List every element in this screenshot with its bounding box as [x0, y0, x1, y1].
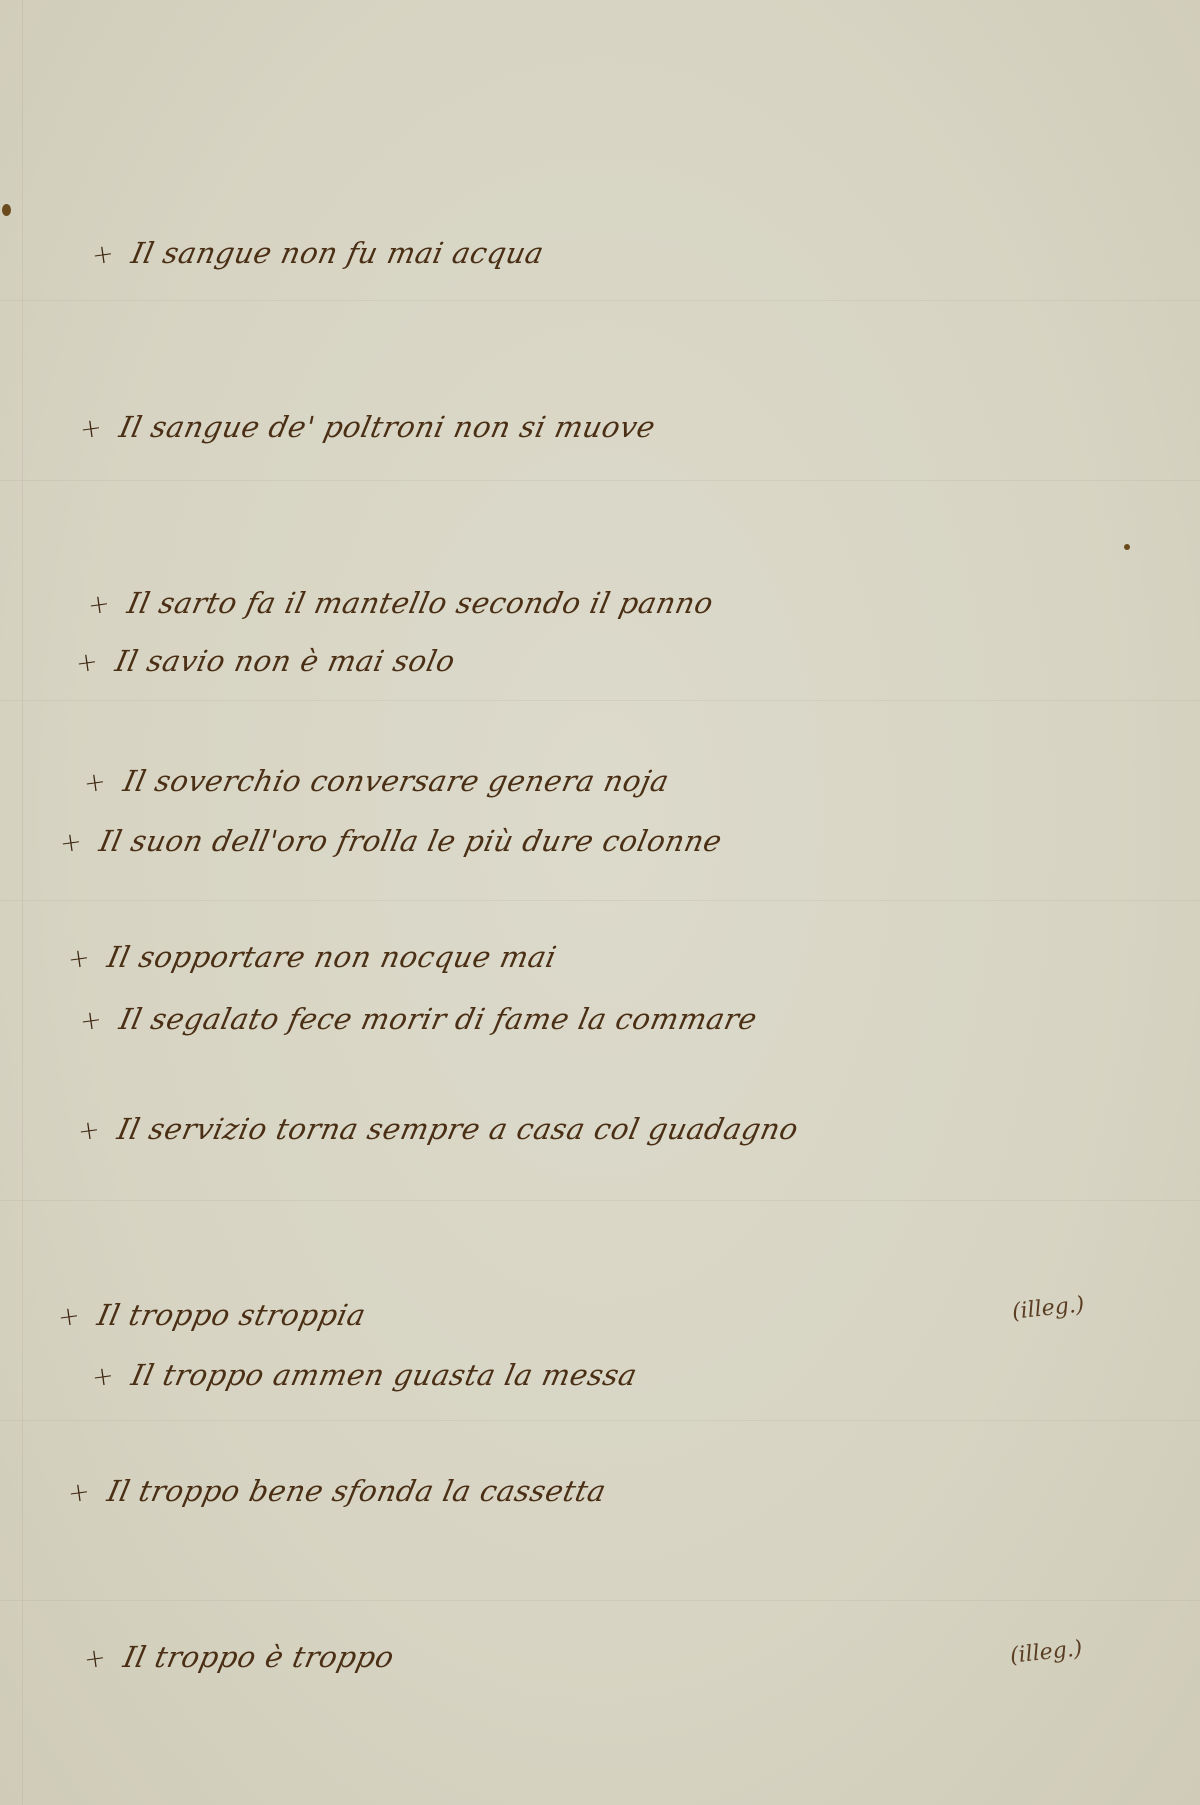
- proverb-text: Il sangue de' poltroni non si muove: [116, 410, 658, 444]
- proverb-line: + Il suon dell'oro frolla le più dure co…: [60, 824, 721, 858]
- cross-mark-icon: +: [56, 1301, 82, 1334]
- cross-mark-icon: +: [66, 943, 92, 976]
- ink-dot: [1124, 544, 1130, 550]
- proverb-line: + Il sarto fa il mantello secondo il pan…: [88, 586, 713, 620]
- proverb-line: + Il sangue de' poltroni non si muove: [80, 410, 655, 444]
- ruled-line: [0, 300, 1200, 301]
- cross-mark-icon: +: [58, 827, 84, 860]
- proverb-text: Il sangue non fu mai acqua: [128, 236, 547, 270]
- proverb-line: + Il segalato fece morir di fame la comm…: [80, 1002, 757, 1036]
- proverb-line: + Il soverchio conversare genera noja: [84, 764, 668, 798]
- proverb-text: Il troppo stroppia: [94, 1298, 369, 1332]
- cross-mark-icon: +: [86, 589, 112, 622]
- proverb-line: + Il troppo bene sfonda la cassetta: [68, 1474, 605, 1508]
- ink-blot: [2, 204, 11, 216]
- proverb-text: Il segalato fece morir di fame la commar…: [116, 1002, 760, 1036]
- proverb-text: Il sarto fa il mantello secondo il panno: [124, 586, 716, 620]
- cross-mark-icon: +: [90, 1361, 116, 1394]
- ruled-line: [0, 700, 1200, 701]
- proverb-text: Il savio non è mai solo: [112, 644, 458, 678]
- proverb-line: + Il troppo ammen guasta la messa: [92, 1358, 636, 1392]
- margin-annotation: (illeg.): [1011, 1292, 1086, 1324]
- proverb-text: Il troppo bene sfonda la cassetta: [104, 1474, 609, 1508]
- ruled-line: [0, 1600, 1200, 1601]
- cross-mark-icon: +: [78, 413, 104, 446]
- proverb-text: Il troppo è troppo: [120, 1640, 397, 1674]
- cross-mark-icon: +: [82, 1643, 108, 1676]
- cross-mark-icon: +: [82, 767, 108, 800]
- proverb-text: Il suon dell'oro frolla le più dure colo…: [96, 824, 725, 858]
- proverb-text: Il sopportare non nocque mai: [104, 940, 559, 974]
- cross-mark-icon: +: [66, 1477, 92, 1510]
- cross-mark-icon: +: [74, 647, 100, 680]
- proverb-line: + Il savio non è mai solo: [76, 644, 455, 678]
- cross-mark-icon: +: [90, 239, 116, 272]
- manuscript-page: + Il sangue non fu mai acqua + Il sangue…: [0, 0, 1200, 1805]
- ruled-line: [0, 480, 1200, 481]
- cross-mark-icon: +: [76, 1115, 102, 1148]
- cross-mark-icon: +: [78, 1005, 104, 1038]
- proverb-line: + Il troppo stroppia: [58, 1298, 365, 1332]
- proverb-text: Il servizio torna sempre a casa col guad…: [114, 1112, 801, 1146]
- proverb-line: + Il troppo è troppo: [84, 1640, 393, 1674]
- ruled-line: [0, 1420, 1200, 1421]
- proverb-line: + Il sopportare non nocque mai: [68, 940, 556, 974]
- proverb-text: Il troppo ammen guasta la messa: [128, 1358, 640, 1392]
- ruled-line: [0, 1200, 1200, 1201]
- proverb-line: + Il servizio torna sempre a casa col gu…: [78, 1112, 798, 1146]
- margin-annotation: (illeg.): [1009, 1636, 1084, 1668]
- proverb-text: Il soverchio conversare genera noja: [120, 764, 672, 798]
- margin-line: [22, 0, 23, 1805]
- ruled-line: [0, 900, 1200, 901]
- proverb-line: + Il sangue non fu mai acqua: [92, 236, 543, 270]
